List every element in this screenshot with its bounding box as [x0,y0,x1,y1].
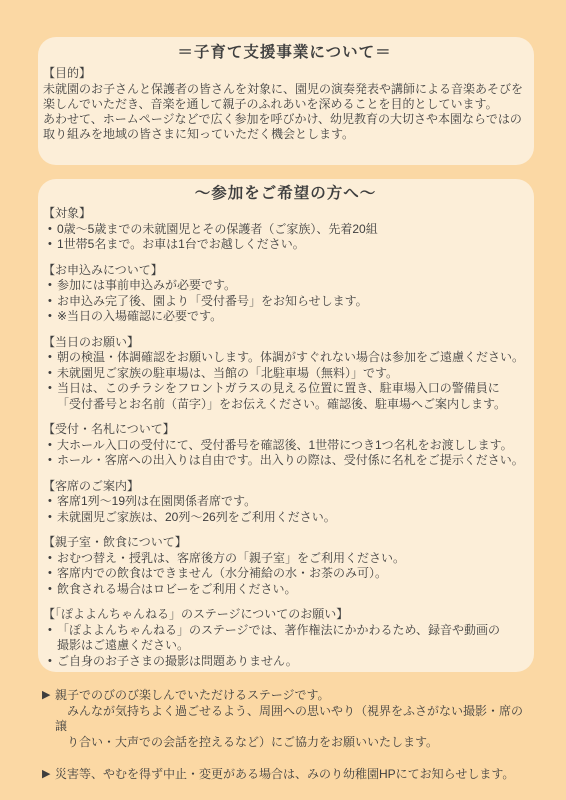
bullet-text: 飲食される場合はロビーをご利用ください。 [57,582,297,598]
bullet-icon: • [48,510,57,526]
bullet-text: おむつ替え・授乳は、客席後方の「親子室」をご利用ください。 [57,551,405,567]
section-reception-nametag: 【受付・名札について】 •大ホール入口の受付にて、受付番号を確認後、1世帯につき… [43,422,528,469]
section-heading: 【受付・名札について】 [43,422,528,438]
section-application: 【お申込みについて】 •参加には事前申込みが必要です。 •お申込み完了後、園より… [43,263,528,325]
bullet-text: 当日は、このチラシをフロントガラスの見える位置に置き、駐車場入口の警備員に 「受… [57,381,506,412]
section-event-day-requests: 【当日のお願い】 •朝の検温・体調確認をお願いします。体調がすぐれない場合は参加… [43,335,528,413]
bullet-text: 客席1列～19列は在園関係者席です。 [57,494,256,510]
bullet-text: 1世帯5名まで。お車は1台でお越しください。 [57,237,305,253]
bullet-text: 未就園児ご家族は、20列～26列をご利用ください。 [57,510,336,526]
section-heading: 【「ぽよよんちゃんねる」のステージについてのお願い】 [43,607,528,623]
bullet-item: •当日は、このチラシをフロントガラスの見える位置に置き、駐車場入口の警備員に 「… [48,381,528,412]
bullet-icon: • [48,582,57,598]
section-heading: 【客席のご案内】 [43,479,528,495]
bullet-item: •お申込み完了後、園より「受付番号」をお知らせします。 [48,294,528,310]
bullet-item: •おむつ替え・授乳は、客席後方の「親子室」をご利用ください。 [48,551,528,567]
section-heading: 【当日のお願い】 [43,335,528,351]
bullet-item: •「ぽよよんちゃんねる」のステージでは、著作権法にかかわるため、録音や動画の 撮… [48,623,528,654]
bullet-icon: • [48,381,57,412]
bullet-icon: • [48,366,57,382]
section-seating: 【客席のご案内】 •客席1列～19列は在園関係者席です。 •未就園児ご家族は、2… [43,479,528,526]
bullet-text: 朝の検温・体調確認をお願いします。体調がすぐれない場合は参加をご遠慮ください。 [57,350,524,366]
bullet-item: •未就園児ご家族は、20列～26列をご利用ください。 [48,510,528,526]
bullet-icon: • [48,551,57,567]
bullet-icon: • [48,222,57,238]
bullet-item: •ホール・客席への出入りは自由です。出入りの際は、受付係に名札をご提示ください。 [48,453,528,469]
bullet-text: ※当日の入場確認に必要です。 [57,309,222,325]
note-text: 災害等、やむを得ず中止・変更がある場合は、みのり幼稚園HPにてお知らせします。 [55,767,514,783]
bullet-icon: • [48,438,57,454]
bullet-icon: • [48,309,57,325]
bullet-item: •飲食される場合はロビーをご利用ください。 [48,582,528,598]
footer-note-cancellation: ▶ 災害等、やむを得ず中止・変更がある場合は、みのり幼稚園HPにてお知らせします… [42,767,534,783]
card-title: ＝子育て支援事業について＝ [43,43,526,63]
section-eligibility: 【対象】 •0歳～5歳までの未就園児とその保護者（ご家族）、先着20組 •1世帯… [43,206,528,253]
bullet-text: ホール・客席への出入りは自由です。出入りの際は、受付係に名札をご提示ください。 [57,453,524,469]
section-nursing-room-food: 【親子室・飲食について】 •おむつ替え・授乳は、客席後方の「親子室」をご利用くだ… [43,535,528,597]
bullet-icon: • [48,494,57,510]
bullet-text: 客席内での飲食はできません（水分補給の水・お茶のみ可）。 [57,566,387,582]
bullet-text: お申込み完了後、園より「受付番号」をお知らせします。 [57,294,368,310]
bullet-item: •0歳～5歳までの未就園児とその保護者（ご家族）、先着20組 [48,222,528,238]
bullet-text: 0歳～5歳までの未就園児とその保護者（ご家族）、先着20組 [57,222,378,238]
bullet-item: •朝の検温・体調確認をお願いします。体調がすぐれない場合は参加をご遠慮ください。 [48,350,528,366]
bullet-icon: • [48,294,57,310]
footer-notes: ▶ 親子でのびのび楽しんでいただけるステージです。 みんなが気持ちよく過ごせるよ… [42,688,534,799]
footer-note-courtesy: ▶ 親子でのびのび楽しんでいただけるステージです。 みんなが気持ちよく過ごせるよ… [42,688,534,750]
section-heading: 【お申込みについて】 [43,263,528,279]
card-title: ～参加をご希望の方へ～ [43,184,528,204]
section-heading: 【親子室・飲食について】 [43,535,528,551]
bullet-text: 「ぽよよんちゃんねる」のステージでは、著作権法にかかわるため、録音や動画の 撮影… [57,623,500,654]
bullet-icon: • [48,453,57,469]
bullet-item: •大ホール入口の受付にて、受付番号を確認後、1世帯につき1つ名札をお渡しします。 [48,438,528,454]
bullet-icon: • [48,654,57,670]
bullet-icon: • [48,350,57,366]
bullet-item: •客席1列～19列は在園関係者席です。 [48,494,528,510]
bullet-item: •ご自身のお子さまの撮影は問題ありません。 [48,654,528,670]
bullet-item: •※当日の入場確認に必要です。 [48,309,528,325]
arrow-bullet-icon: ▶ [42,767,55,783]
card-participation-guide: ～参加をご希望の方へ～ 【対象】 •0歳～5歳までの未就園児とその保護者（ご家族… [38,179,534,672]
section-purpose: 【目的】 未就園のお子さんと保護者の皆さんを対象に、園児の演奏発表や講師による音… [43,66,526,142]
bullet-icon: • [48,566,57,582]
card-support-program-overview: ＝子育て支援事業について＝ 【目的】 未就園のお子さんと保護者の皆さんを対象に、… [38,37,534,165]
bullet-icon: • [48,237,57,253]
bullet-item: •1世帯5名まで。お車は1台でお越しください。 [48,237,528,253]
bullet-item: •未就園児ご家族の駐車場は、当館の「北駐車場（無料）」です。 [48,366,528,382]
bullet-text: ご自身のお子さまの撮影は問題ありません。 [57,654,298,670]
section-paragraph: 未就園のお子さんと保護者の皆さんを対象に、園児の演奏発表や講師による音楽あそびを… [43,82,526,142]
section-stage-recording-policy: 【「ぽよよんちゃんねる」のステージについてのお願い】 •「ぽよよんちゃんねる」の… [43,607,528,669]
flyer-page: { "colors": { "background": "#FBD8A4", "… [0,0,566,800]
section-heading: 【目的】 [43,66,526,82]
arrow-bullet-icon: ▶ [42,688,55,750]
bullet-item: •客席内での飲食はできません（水分補給の水・お茶のみ可）。 [48,566,528,582]
bullet-item: •参加には事前申込みが必要です。 [48,278,528,294]
bullet-icon: • [48,278,57,294]
bullet-text: 大ホール入口の受付にて、受付番号を確認後、1世帯につき1つ名札をお渡しします。 [57,438,513,454]
bullet-text: 未就園児ご家族の駐車場は、当館の「北駐車場（無料）」です。 [57,366,398,382]
bullet-icon: • [48,623,57,654]
section-heading: 【対象】 [43,206,528,222]
note-text: 親子でのびのび楽しんでいただけるステージです。 みんなが気持ちよく過ごせるよう、… [55,688,534,750]
bullet-text: 参加には事前申込みが必要です。 [57,278,236,294]
